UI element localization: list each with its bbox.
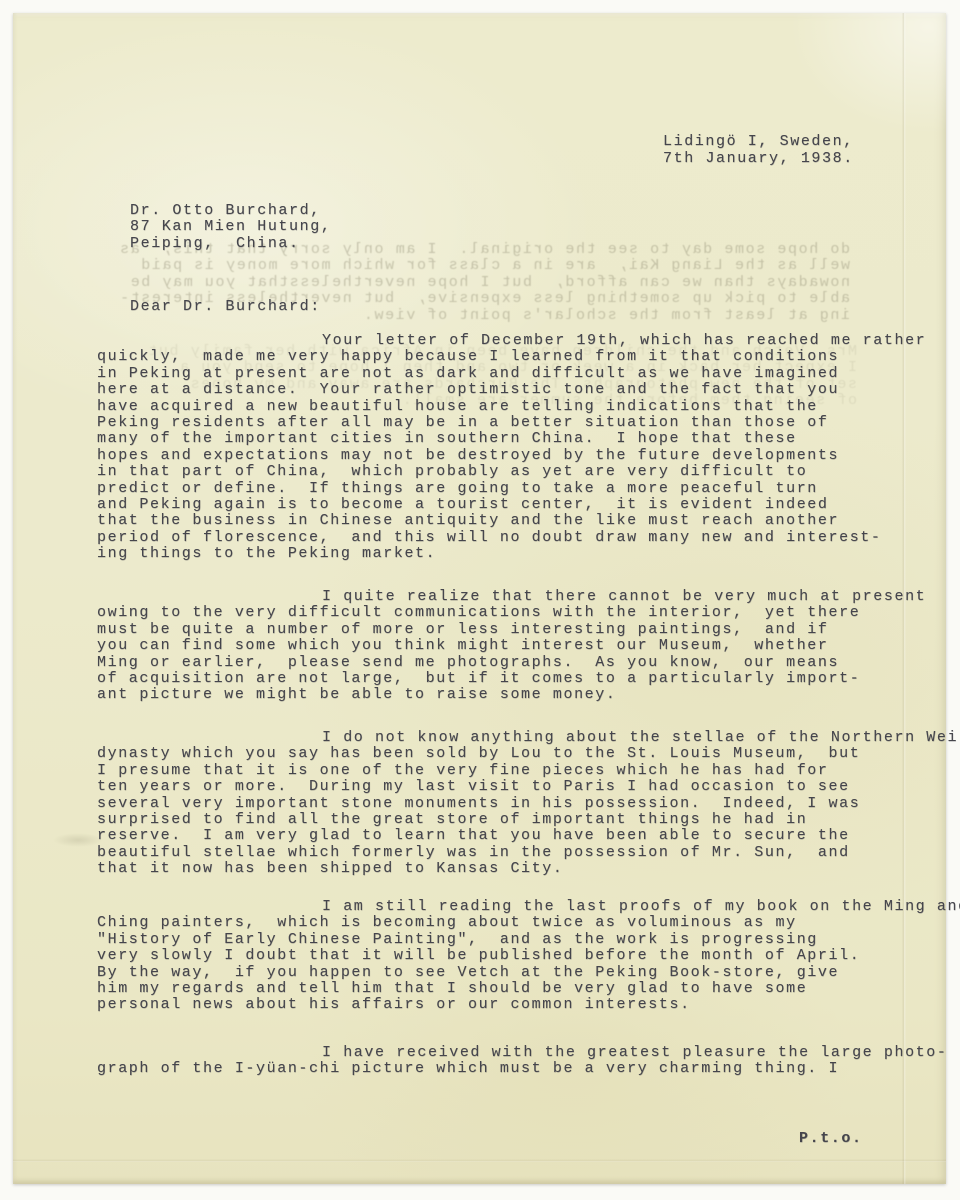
letter-paper: do hope some day to see the original. I … [13,13,946,1184]
letter-paragraph-4: I am still reading the last proofs of my… [97,899,907,1014]
recipient-address: Dr. Otto Burchard,87 Kan Mien Hutung,Pei… [130,202,331,251]
letter-paragraph-2: I quite realize that there cannot be ver… [97,589,907,704]
salutation: Dear Dr. Burchard: [130,298,321,315]
pto-note: P.t.o. [799,1130,863,1147]
letter-paragraph-1: Your letter of December 19th, which has … [97,333,907,562]
letter-paragraph-3: I do not know anything about the stellae… [97,730,907,878]
fold-crease-bottom [13,1159,946,1162]
dateline: Lidingö I, Sweden,7th January, 1938. [663,133,854,167]
letter-paragraph-5: I have received with the greatest pleasu… [97,1045,907,1078]
ink-smudge [53,833,103,847]
paper-corner-wrinkle [766,13,946,153]
